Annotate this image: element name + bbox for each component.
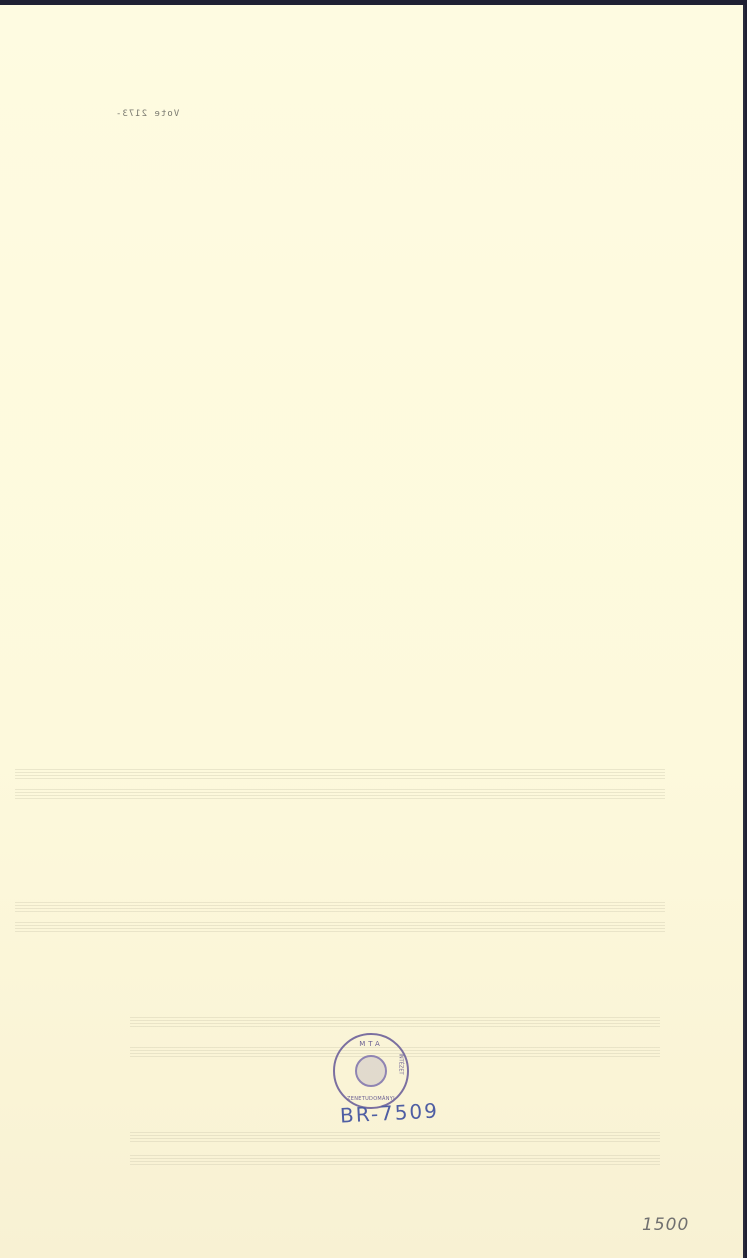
faint-staff (130, 1153, 660, 1165)
faint-staff (130, 1015, 660, 1027)
faint-staff (15, 920, 665, 932)
library-stamp: MTA INTÉZET ZENETUDOMÁNYI (333, 1033, 409, 1109)
stamp-emblem-icon (355, 1055, 387, 1087)
stamp-side-text: INTÉZET (397, 1053, 403, 1074)
faint-staff (15, 787, 665, 799)
faint-staff (15, 767, 665, 779)
manuscript-page: Vote 2173- MTA INTÉZET ZENETUDOMÁNYI BR-… (0, 5, 745, 1258)
faint-staff (130, 1130, 660, 1142)
shelfmark: BR-7509 (339, 1098, 439, 1127)
faint-staff (15, 900, 665, 912)
page-number: 1500 (642, 1215, 689, 1235)
stamp-top-text: MTA (335, 1040, 407, 1048)
bleed-through-header-text: Vote 2173- (115, 109, 179, 119)
